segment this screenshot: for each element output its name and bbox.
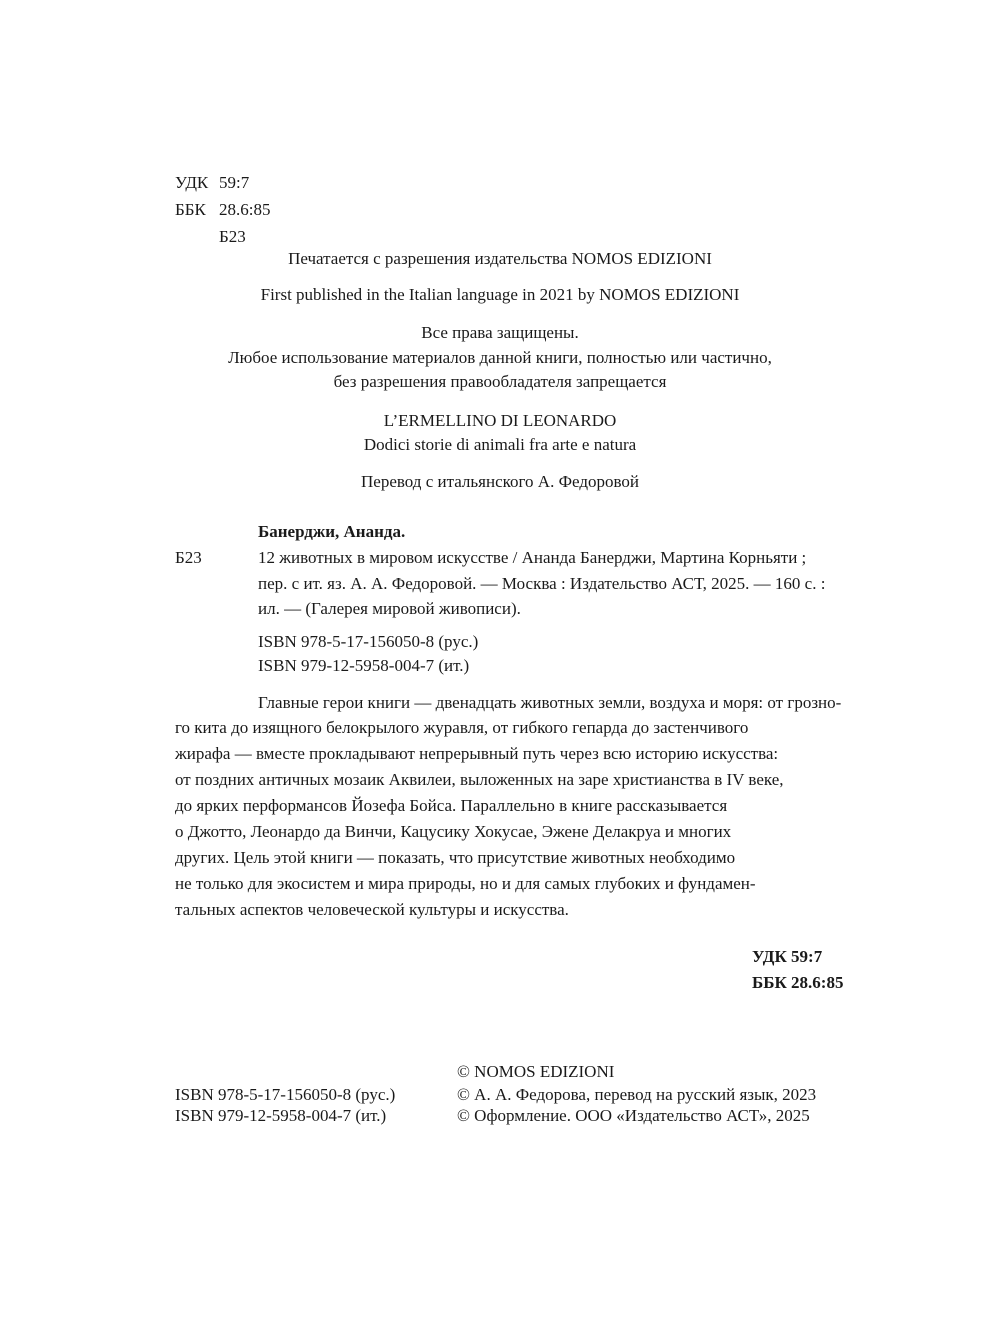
udk-label: УДК — [175, 171, 219, 195]
bib-isbn-it: ISBN 979-12-5958-004-7 (ит.) — [258, 654, 469, 678]
bbk-value: 28.6:85 — [219, 198, 270, 222]
annotation-line-4: от поздних античных мозаик Аквилеи, выло… — [175, 768, 784, 792]
permission-notice: Печатается с разрешения издательства NOM… — [0, 247, 1000, 271]
bbk-label: ББК — [175, 198, 219, 222]
copyright-original: © NOMOS EDIZIONI — [457, 1060, 614, 1084]
annotation-line-8: не только для экосистем и мира природы, … — [175, 872, 756, 896]
rights-line-2: Любое использование материалов данной кн… — [0, 346, 1000, 370]
author-mark: Б23 — [219, 225, 246, 249]
rights-line-1: Все права защищены. — [0, 321, 1000, 345]
annotation-line-5: до ярких перформансов Йозефа Бойса. Пара… — [175, 794, 727, 818]
classification-block: УДК 59:7 ББК 28.6:85 Б23 — [175, 171, 270, 249]
rights-line-3: без разрешения правообладателя запрещает… — [0, 370, 1000, 394]
annotation-line-9: тальных аспектов человеческой культуры и… — [175, 898, 569, 922]
annotation-line-1: Главные герои книги — двенадцать животны… — [258, 691, 841, 715]
bbk-row: ББК 28.6:85 — [175, 198, 270, 222]
author-mark-row: Б23 — [175, 225, 270, 249]
footer-isbn-it: ISBN 979-12-5958-004-7 (ит.) — [175, 1104, 386, 1128]
bib-mark: Б23 — [175, 546, 202, 570]
bib-line-3: ил. — (Галерея мировой живописи). — [258, 597, 521, 621]
annotation-line-6: о Джотто, Леонардо да Винчи, Кацусику Хо… — [175, 820, 731, 844]
first-published-notice: First published in the Italian language … — [0, 283, 1000, 307]
bib-isbn-ru: ISBN 978-5-17-156050-8 (рус.) — [258, 630, 478, 654]
udk-row: УДК 59:7 — [175, 171, 270, 195]
annotation-line-2: го кита до изящного белокрылого журавля,… — [175, 716, 748, 740]
bib-line-2: пер. с ит. яз. А. А. Федоровой. — Москва… — [258, 572, 825, 596]
original-subtitle: Dodici storie di animali fra arte e natu… — [0, 433, 1000, 457]
copyright-design: © Оформление. ООО «Издательство АСТ», 20… — [457, 1104, 810, 1128]
bib-line-1: 12 животных в мировом искусстве / Ананда… — [258, 546, 806, 570]
bottom-udk: УДК 59:7 — [752, 945, 822, 969]
annotation-line-3: жирафа — вместе прокладывают непрерывный… — [175, 742, 778, 766]
annotation-line-7: других. Цель этой книги — показать, что … — [175, 846, 735, 870]
translation-credit: Перевод с итальянского А. Федоровой — [0, 470, 1000, 494]
udk-value: 59:7 — [219, 171, 249, 195]
bottom-bbk: ББК 28.6:85 — [752, 971, 843, 995]
author-heading: Банерджи, Ананда. — [258, 520, 405, 544]
original-title: L’ERMELLINO DI LEONARDO — [0, 409, 1000, 433]
